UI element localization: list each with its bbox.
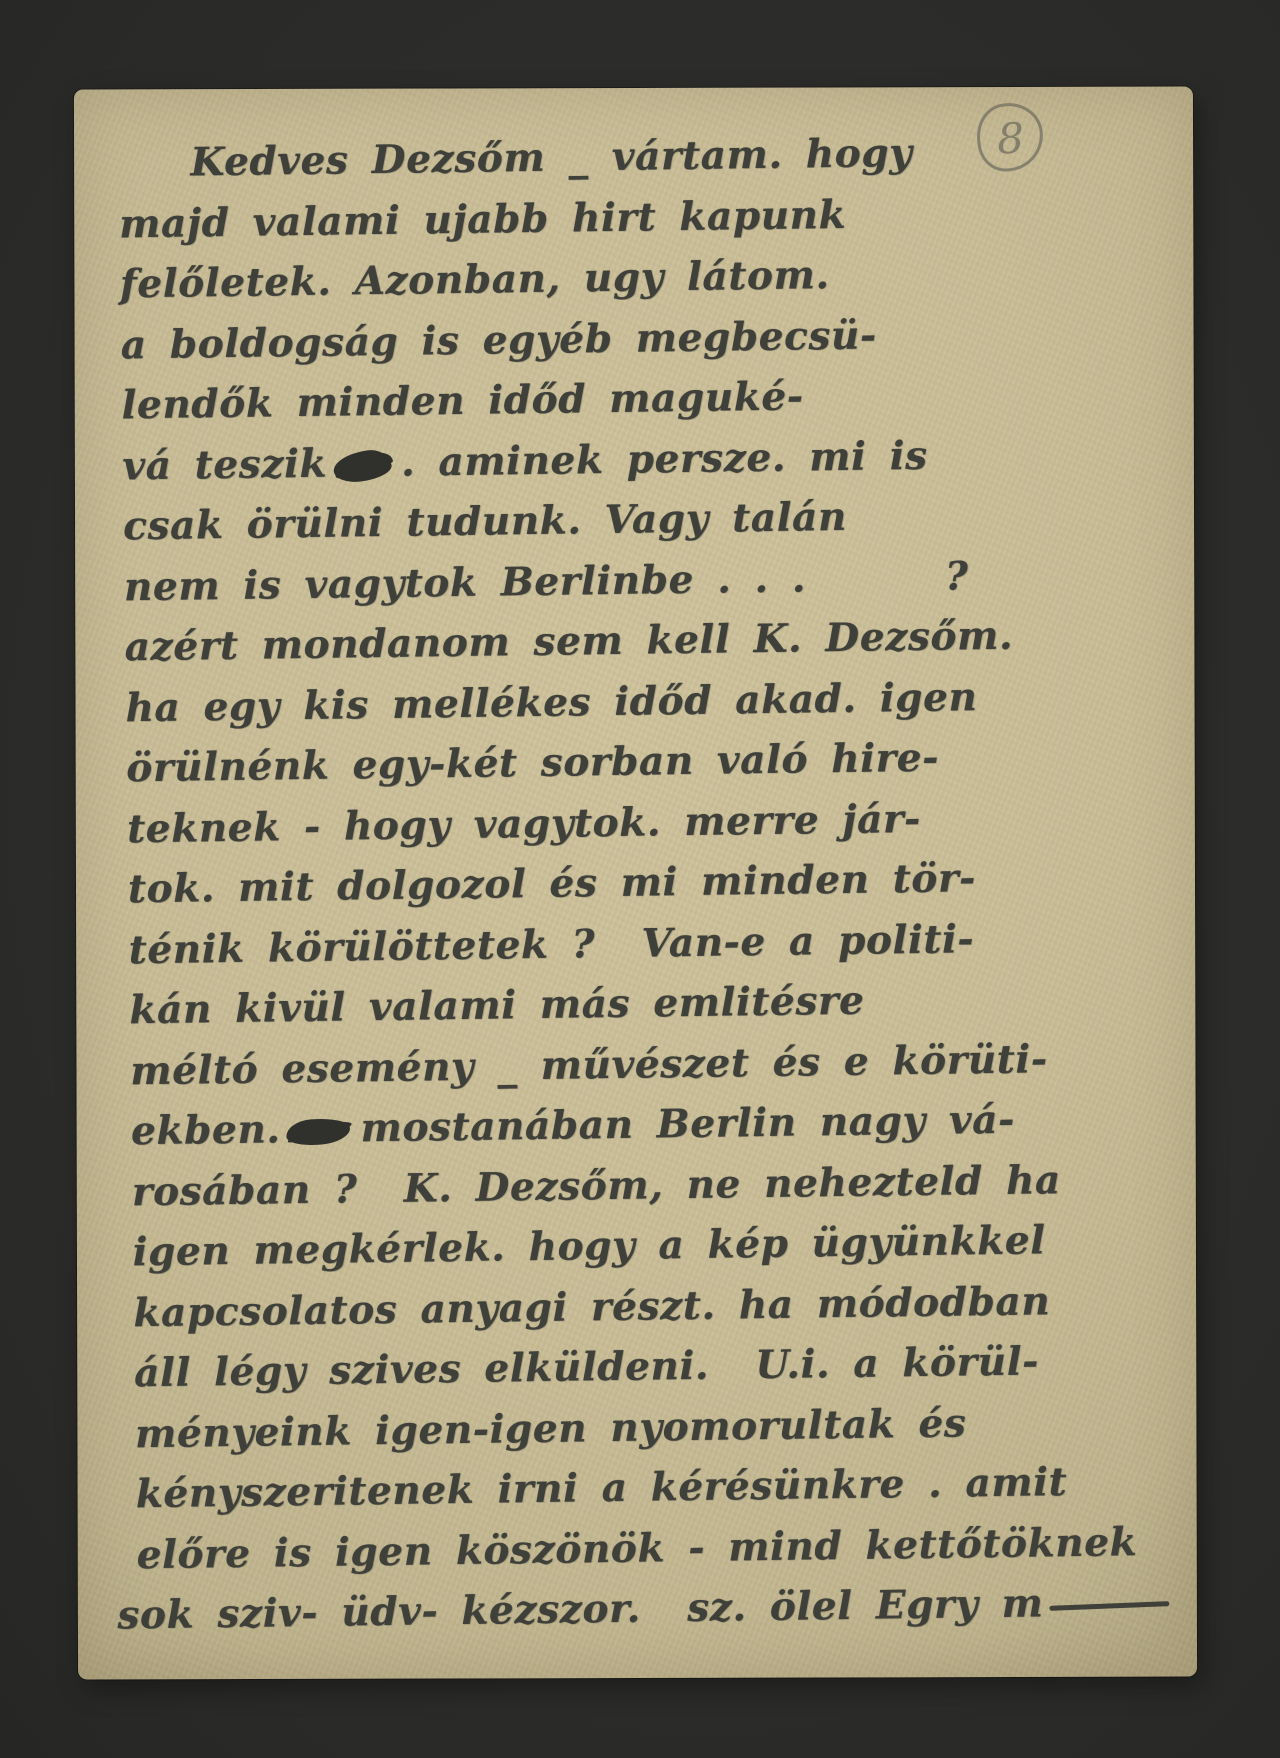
letter-line-text: . aminek persze. mi is [401, 433, 928, 486]
signature-line-text: sok sziv- üdv- kézszor. sz. ölel Egry m [117, 1580, 1044, 1638]
letter-line-text: mostanában Berlin nagy vá- [360, 1097, 1015, 1152]
letter-card: 8 Kedves Dezsőm _ vártam. hogy majd vala… [74, 87, 1197, 1680]
crossed-out-word-blot [286, 1116, 352, 1147]
photo-backdrop: 8 Kedves Dezsőm _ vártam. hogy majd vala… [0, 0, 1280, 1758]
ink-blot [331, 447, 393, 485]
signature-flourish [1049, 1601, 1169, 1611]
letter-line-text: vá teszik [122, 441, 327, 490]
letter-body: Kedves Dezsőm _ vártam. hogy majd valami… [118, 120, 1189, 1646]
letter-line-text: ekben. [131, 1106, 281, 1154]
letter-line: sok sziv- üdv- kézszor. sz. ölel Egry m [117, 1571, 1189, 1645]
